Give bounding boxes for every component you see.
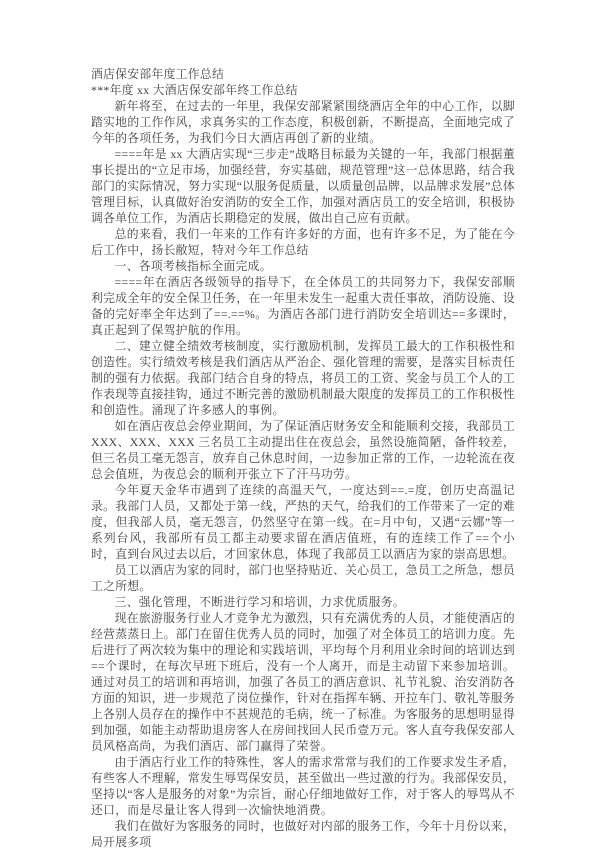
paragraph: ====年在酒店各级领导的指导下，在全体员工的共同努力下，我保安部顺利完成全年的…: [91, 274, 515, 338]
document-body: 新年将至，在过去的一年里，我保安部紧紧围绕酒店全年的中心工作，以脚踏实地的工作作…: [91, 98, 515, 849]
paragraph: 员工以酒店为家的同时，部门也坚持贴近、关心员工，急员工之所急，想员工之所想。: [91, 562, 515, 594]
paragraph: 现在旅游服务行业人才竞争尤为激烈，只有充满优秀的人员，才能使酒店的经营蒸蒸日上。…: [91, 610, 515, 754]
paragraph: 我们在做好为客服务的同时，也做好对内部的服务工作，今年十月份以来，局开展多项: [91, 818, 515, 849]
paragraph: 一、各项考核指标全面完成。: [91, 258, 515, 274]
paragraph: ====年是 xx 大酒店实现“三步走”战略目标最为关键的一年，我部门根据董事长…: [91, 146, 515, 226]
document-page: 酒店保安部年度工作总结 ***年度 xx 大酒店保安部年终工作总结 新年将至，在…: [0, 0, 600, 849]
paragraph: 新年将至，在过去的一年里，我保安部紧紧围绕酒店全年的中心工作，以脚踏实地的工作作…: [91, 98, 515, 146]
paragraph: 由于酒店行业工作的特殊性，客人的需求常常与我们的工作要求发生矛盾，有些客人不理解…: [91, 754, 515, 818]
paragraph: 总的来看，我们一年来的工作有许多好的方面，也有许多不足，为了能在今后工作中，扬长…: [91, 226, 515, 258]
document-subtitle: ***年度 xx 大酒店保安部年终工作总结: [91, 82, 515, 98]
paragraph: 二、建立健全绩效考核制度，实行激励机制，发挥员工最大的工作积极性和创造性。实行绩…: [91, 338, 515, 418]
paragraph: 今年夏天金华市遇到了连续的高温天气，一度达到==.=度，创历史高温记录。我部门人…: [91, 482, 515, 562]
document-content: 酒店保安部年度工作总结 ***年度 xx 大酒店保安部年终工作总结 新年将至，在…: [91, 66, 515, 849]
paragraph: 如在酒店夜总会停业期间，为了保证酒店财务安全和能顺利交接，我部员工 XXX、XX…: [91, 418, 515, 482]
paragraph: 三、强化管理，不断进行学习和培训，力求优质服务。: [91, 594, 515, 610]
document-title: 酒店保安部年度工作总结: [91, 66, 515, 82]
